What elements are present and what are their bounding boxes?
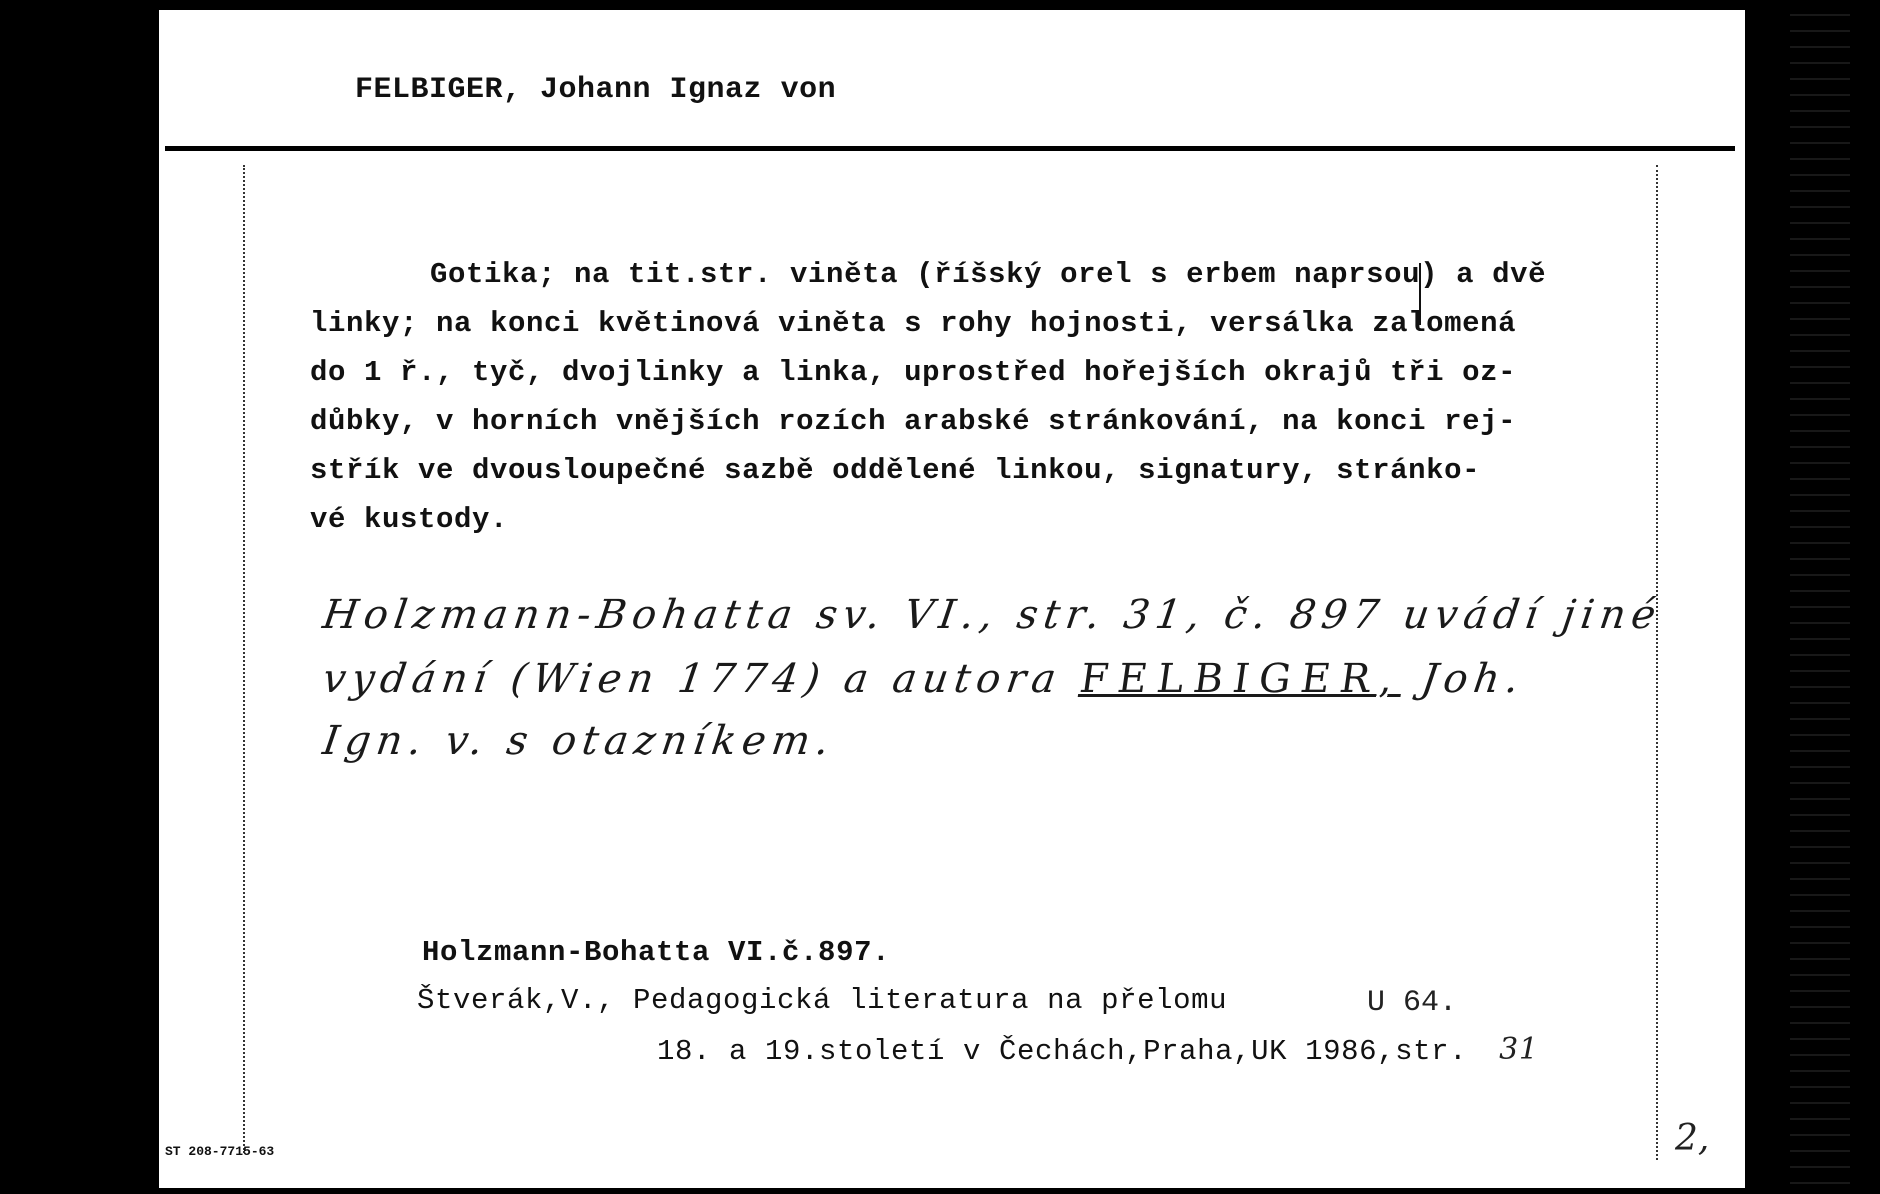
description-line: vé kustody. [310,503,508,536]
shelf-annotation: U 64. [1367,986,1457,1020]
card-code: ST 208-7715-63 [165,1144,274,1159]
reference-text: 18. a 19.století v Čechách,Praha,UK 1986… [657,1035,1485,1068]
description-line: Gotika; na tit.str. viněta (říšský orel … [430,258,1546,291]
handwritten-line: Holzmann-Bohatta sv. VI., str. 31, č. 89… [320,592,1664,638]
description-line: do 1 ř., tyč, dvojlinky a linka, uprostř… [310,356,1516,389]
handwritten-text: Joh. [1400,656,1528,702]
reference-line: Holzmann-Bohatta VI.č.897. [422,936,890,969]
page-number: 2, [1675,1118,1709,1159]
scan-edge-artifacts [1790,0,1850,1194]
reference-line: Štverák,V., Pedagogická literatura na př… [417,984,1227,1017]
description-line: linky; na konci květinová viněta s rohy … [310,307,1516,340]
description-line: důbky, v horních vnějších rozích arabské… [310,405,1516,438]
left-margin-line [243,165,245,1153]
insertion-mark [1419,263,1421,325]
card-heading: FELBIGER, Johann Ignaz von [355,73,836,107]
handwritten-line: vydání (Wien 1774) a autora FELBIGER, Jo… [320,656,1527,702]
header-rule [165,146,1735,151]
catalog-card: FELBIGER, Johann Ignaz von Gotika; na ti… [159,10,1745,1188]
description-line: střík ve dvousloupečné sazbě oddělené li… [310,454,1480,487]
underlined-author-name: FELBIGER, [1077,656,1406,702]
right-margin-line [1656,165,1658,1160]
reference-line: 18. a 19.století v Čechách,Praha,UK 1986… [657,1032,1539,1068]
handwritten-line: Ign. v. s otazníkem. [320,718,838,764]
handwritten-page: 31 [1499,1032,1538,1067]
handwritten-text: vydání (Wien 1774) a autora [320,656,1083,702]
